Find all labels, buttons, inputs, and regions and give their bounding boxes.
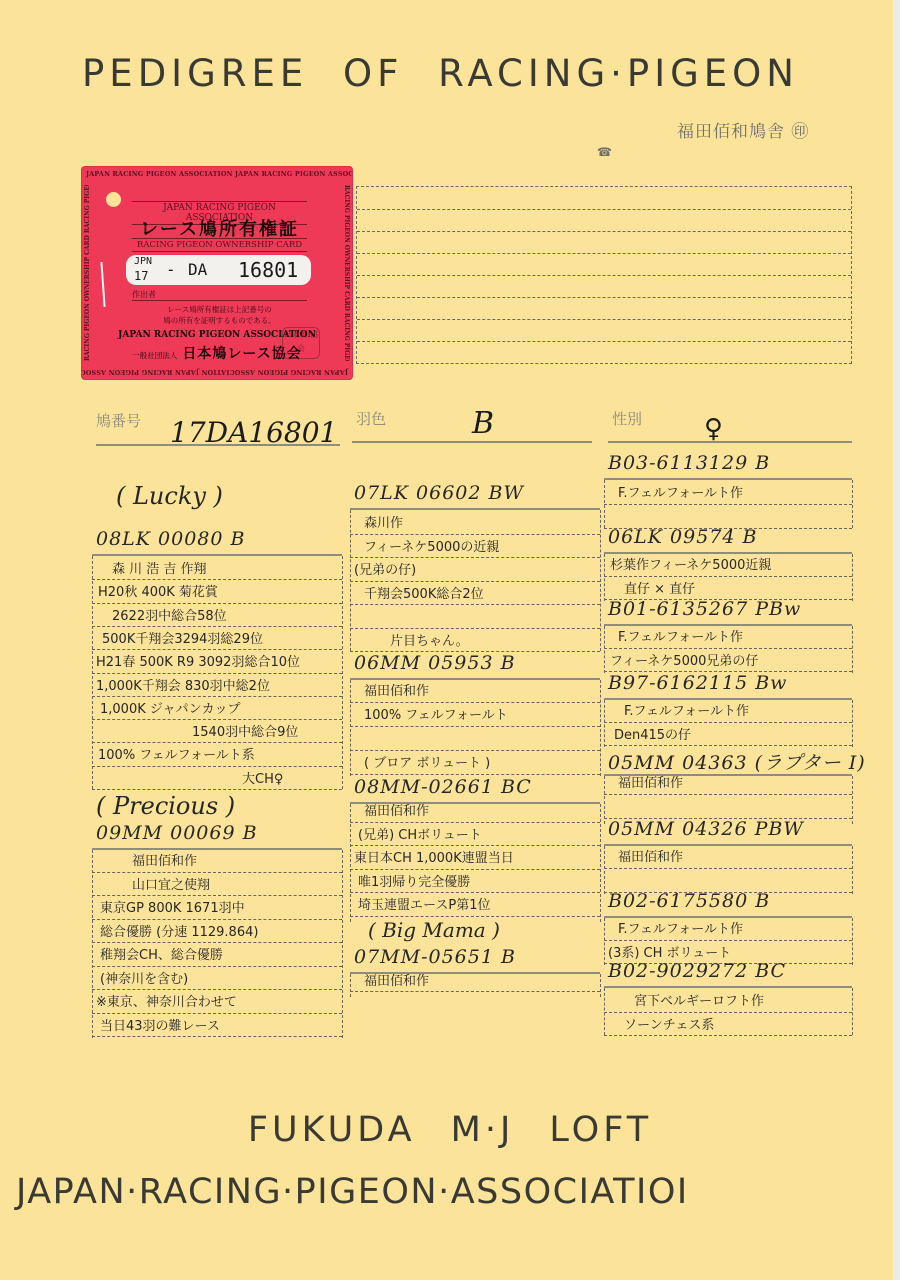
notes-line bbox=[357, 341, 851, 342]
pedigree-note: 2622羽中総合58位 bbox=[112, 605, 227, 624]
box-edge bbox=[350, 804, 351, 922]
document-title: PEDIGREE OF RACING·PIGEON bbox=[82, 52, 862, 95]
note-line bbox=[92, 579, 342, 580]
notes-line bbox=[357, 297, 851, 298]
pedigree-note: 杉葉作フィーネケ5000近親 bbox=[610, 554, 771, 573]
box-edge bbox=[852, 988, 853, 1035]
notes-line bbox=[357, 319, 851, 320]
note-line bbox=[350, 822, 600, 823]
pedigree-note: (兄弟の仔) bbox=[354, 559, 416, 578]
box-edge bbox=[92, 850, 93, 1038]
note-line bbox=[350, 604, 600, 605]
pedigree-note: (兄弟) CHボリュート bbox=[358, 824, 482, 843]
box-edge bbox=[604, 776, 605, 824]
statement-line: レース鳩所有権証は上記番号の bbox=[132, 304, 307, 315]
pigeon-nickname: ( Big Mama ) bbox=[368, 918, 500, 942]
header-underline bbox=[352, 441, 592, 443]
association-prefix: 一般社団法人 bbox=[132, 351, 177, 360]
box-edge bbox=[852, 480, 853, 528]
notes-line bbox=[357, 231, 851, 232]
pedigree-note: 直仔 × 直仔 bbox=[624, 578, 695, 597]
box-edge bbox=[92, 556, 93, 789]
card-ring-number: JPN 17 - DA 16801 bbox=[126, 255, 311, 285]
footer-loft-name: FUKUDA M·J LOFT bbox=[220, 1110, 680, 1150]
ring-underline bbox=[92, 848, 342, 850]
pedigree-note: 福田佰和作 bbox=[364, 680, 429, 699]
note-line bbox=[604, 794, 852, 795]
pedigree-note: 山口宜之使翔 bbox=[132, 874, 210, 893]
ring-code: DA bbox=[188, 260, 207, 279]
note-line bbox=[350, 750, 600, 751]
pigeon-ring: 06MM 05953 B bbox=[354, 652, 516, 674]
pigeon-ring: 07MM-05651 B bbox=[354, 946, 516, 968]
pedigree-note: 総合優勝 (分速 1129.864) bbox=[100, 921, 258, 940]
pedigree-note: F.フェルフォールト作 bbox=[618, 482, 743, 501]
note-line bbox=[92, 989, 342, 990]
note-line bbox=[92, 895, 342, 896]
pigeon-ring: 09MM 00069 B bbox=[96, 822, 258, 844]
note-line bbox=[92, 872, 342, 873]
note-line bbox=[92, 626, 342, 627]
sex-label: 性別 bbox=[612, 408, 642, 429]
loft-stamp: 福田佰和鳩舎 ㊞ bbox=[677, 117, 809, 142]
pedigree-note: 東日本CH 1,000K連盟当日 bbox=[354, 847, 514, 866]
note-line bbox=[92, 942, 342, 943]
card-statement: レース鳩所有権証は上記番号の 鳩の所有を証明するものである。 bbox=[132, 304, 307, 326]
pedigree-note: 福田佰和作 bbox=[618, 772, 683, 791]
pedigree-note: Den415の仔 bbox=[614, 724, 691, 743]
ring-underline bbox=[350, 508, 600, 510]
card-frame-text: JAPAN RACING PIGEON ASSOCIATION JAPAN RA… bbox=[86, 368, 348, 376]
card-seal: 日本鳩 協会 bbox=[282, 327, 320, 359]
note-line bbox=[92, 766, 342, 767]
note-line bbox=[604, 868, 852, 869]
pigeon-ring: 05MM 04363 (ラプター I) bbox=[608, 748, 866, 775]
card-frame-text: JAPAN RACING PIGEON ASSOCIATION JAPAN RA… bbox=[86, 170, 348, 178]
pedigree-note: 1540羽中総合9位 bbox=[192, 721, 298, 740]
pigeon-ring: B02-9029272 BC bbox=[608, 960, 786, 982]
note-line bbox=[350, 892, 600, 893]
pedigree-note: H20秋 400K 菊花賞 bbox=[98, 581, 218, 600]
pedigree-note: ※東京、神奈川合わせて bbox=[96, 991, 237, 1010]
ring-underline bbox=[604, 478, 852, 480]
pigeon-ring: B01-6135267 PBw bbox=[608, 598, 801, 620]
notes-line bbox=[357, 209, 851, 210]
pedigree-note: 福田佰和作 bbox=[618, 846, 683, 865]
scan-edge bbox=[893, 0, 900, 1280]
note-line bbox=[92, 603, 342, 604]
pedigree-note: 大CH♀ bbox=[242, 768, 283, 787]
statement-line: 鳩の所有を証明するものである。 bbox=[132, 315, 307, 326]
note-line bbox=[92, 742, 342, 743]
pedigree-note: 片目ちゃん。 bbox=[390, 630, 469, 649]
box-edge bbox=[600, 974, 601, 997]
pedigree-note: 福田佰和作 bbox=[364, 800, 429, 819]
ring-number: 16801 bbox=[238, 258, 298, 282]
box-edge bbox=[604, 626, 605, 673]
notes-line bbox=[357, 275, 851, 276]
note-line bbox=[350, 869, 600, 870]
pedigree-note: ( ブロア ボリュート ) bbox=[364, 752, 490, 771]
notes-line bbox=[357, 253, 851, 254]
pedigree-note: フィーネケ5000の近親 bbox=[364, 536, 499, 555]
note-line bbox=[92, 673, 342, 674]
pigeon-ring: B03-6113129 B bbox=[608, 452, 770, 474]
note-line bbox=[92, 696, 342, 697]
note-line bbox=[604, 940, 852, 941]
note-line bbox=[350, 702, 600, 703]
pedigree-note: F.フェルフォールト作 bbox=[618, 626, 743, 645]
note-line bbox=[604, 1035, 852, 1036]
card-issuer-label: 作出者 bbox=[132, 289, 307, 301]
note-line bbox=[92, 789, 342, 790]
pedigree-note: 埼玉連盟エースP第1位 bbox=[358, 894, 490, 913]
box-edge bbox=[852, 776, 853, 824]
note-line bbox=[604, 722, 852, 723]
box-edge bbox=[342, 850, 343, 1038]
note-line bbox=[604, 504, 852, 505]
pedigree-note: H21春 500K R9 3092羽総合10位 bbox=[96, 651, 300, 670]
pedigree-note: 福田佰和作 bbox=[132, 850, 197, 869]
box-edge bbox=[604, 480, 605, 528]
note-line bbox=[604, 576, 852, 577]
box-edge bbox=[852, 554, 853, 601]
pedigree-note: (3系) CH ボリュート bbox=[608, 942, 731, 961]
note-line bbox=[350, 628, 600, 629]
box-edge bbox=[342, 556, 343, 789]
box-edge bbox=[604, 988, 605, 1035]
note-line bbox=[604, 745, 852, 746]
pedigree-note: 福田佰和作 bbox=[364, 970, 429, 989]
pedigree-note: 100% フェルフォールト系 bbox=[98, 744, 255, 763]
pedigree-note: 当日43羽の難レース bbox=[100, 1015, 220, 1034]
note-line bbox=[350, 581, 600, 582]
box-edge bbox=[350, 680, 351, 776]
box-edge bbox=[604, 554, 605, 601]
box-edge bbox=[852, 700, 853, 747]
ownership-card: JAPAN RACING PIGEON ASSOCIATION JAPAN RA… bbox=[82, 167, 352, 379]
pigeon-nickname: ( Lucky ) bbox=[116, 482, 223, 510]
note-line bbox=[92, 719, 342, 720]
pedigree-note: ソーンチェス系 bbox=[624, 1014, 714, 1033]
pedigree-note: 森 川 浩 吉 作翔 bbox=[112, 558, 207, 577]
note-line bbox=[92, 966, 342, 967]
box-edge bbox=[852, 626, 853, 673]
box-edge bbox=[604, 846, 605, 894]
ring-label: 鳩番号 bbox=[96, 410, 141, 431]
notes-box bbox=[356, 186, 852, 364]
note-line bbox=[350, 557, 600, 558]
box-edge bbox=[604, 918, 605, 965]
box-edge bbox=[600, 680, 601, 776]
ring-underline bbox=[604, 986, 852, 988]
footer-association: JAPAN·RACING·PIGEON·ASSOCIATIOI bbox=[16, 1172, 876, 1212]
note-line bbox=[92, 649, 342, 650]
pedigree-note: 唯1羽帰り完全優勝 bbox=[358, 871, 470, 890]
pedigree-note: 100% フェルフォールト bbox=[364, 704, 508, 723]
box-edge bbox=[350, 974, 351, 997]
pigeon-ring: 06LK 09574 B bbox=[608, 526, 757, 548]
note-line bbox=[604, 648, 852, 649]
pedigree-note: 1,000K千翔会 830羽中総2位 bbox=[96, 675, 270, 694]
pedigree-note: 東京GP 800K 1671羽中 bbox=[100, 897, 245, 916]
header-underline bbox=[608, 441, 852, 443]
pedigree-note: 1,000K ジャパンカップ bbox=[100, 698, 240, 717]
box-edge bbox=[852, 846, 853, 894]
pigeon-ring: B97-6162115 Bw bbox=[608, 672, 787, 694]
box-edge bbox=[600, 510, 601, 651]
note-line bbox=[350, 774, 600, 775]
card-title-en: RACING PIGEON OWNERSHIP CARD bbox=[132, 238, 307, 252]
pigeon-ring: 05MM 04326 PBW bbox=[608, 818, 804, 840]
ring-underline bbox=[92, 554, 342, 556]
header-underline bbox=[96, 444, 340, 446]
telephone-icon: ☎ bbox=[597, 145, 612, 159]
card-side-text: RACING PIGEON OWNERSHIP CARD RACING PIGE… bbox=[342, 185, 350, 361]
pigeon-nickname: ( Precious ) bbox=[96, 792, 235, 820]
note-line bbox=[350, 534, 600, 535]
note-line bbox=[350, 845, 600, 846]
ring-country: JPN bbox=[134, 256, 152, 268]
pigeon-color: B bbox=[472, 406, 494, 441]
note-line bbox=[92, 1036, 342, 1037]
note-line bbox=[604, 1012, 852, 1013]
pedigree-note: フィーネケ5000兄弟の仔 bbox=[610, 650, 758, 669]
pedigree-note: (神奈川を含む) bbox=[100, 968, 188, 987]
card-wire bbox=[100, 262, 105, 307]
pedigree-note: 森川作 bbox=[364, 512, 403, 531]
pigeon-ring: 07LK 06602 BW bbox=[354, 482, 524, 504]
pedigree-note: 500K千翔会3294羽総29位 bbox=[102, 628, 263, 647]
pedigree-note: 稚翔会CH、総合優勝 bbox=[100, 944, 223, 963]
color-label: 羽色 bbox=[356, 408, 386, 429]
box-edge bbox=[604, 700, 605, 747]
note-line bbox=[92, 1013, 342, 1014]
box-edge bbox=[350, 510, 351, 651]
pedigree-note: 千翔会500K総合2位 bbox=[364, 583, 484, 602]
card-side-text: RACING PIGEON OWNERSHIP CARD RACING PIGE… bbox=[84, 185, 92, 361]
note-line bbox=[92, 919, 342, 920]
pigeon-ring: B02-6175580 B bbox=[608, 890, 770, 912]
pigeon-ring: 08LK 00080 B bbox=[96, 528, 245, 550]
pedigree-note: F.フェルフォールト作 bbox=[618, 918, 743, 937]
ring-dash: - bbox=[166, 260, 176, 279]
note-line bbox=[350, 916, 600, 917]
ring-year: 17 bbox=[134, 269, 148, 283]
card-hole bbox=[106, 192, 121, 207]
pigeon-ring: 08MM-02661 BC bbox=[354, 776, 532, 798]
box-edge bbox=[600, 804, 601, 922]
box-edge bbox=[852, 918, 853, 965]
pigeon-sex: ♀ bbox=[704, 414, 723, 444]
pedigree-note: F.フェルフォールト作 bbox=[624, 700, 749, 719]
pedigree-note: 宮下ベルギーロフト作 bbox=[634, 990, 764, 1009]
note-line bbox=[350, 726, 600, 727]
note-line bbox=[350, 991, 600, 992]
